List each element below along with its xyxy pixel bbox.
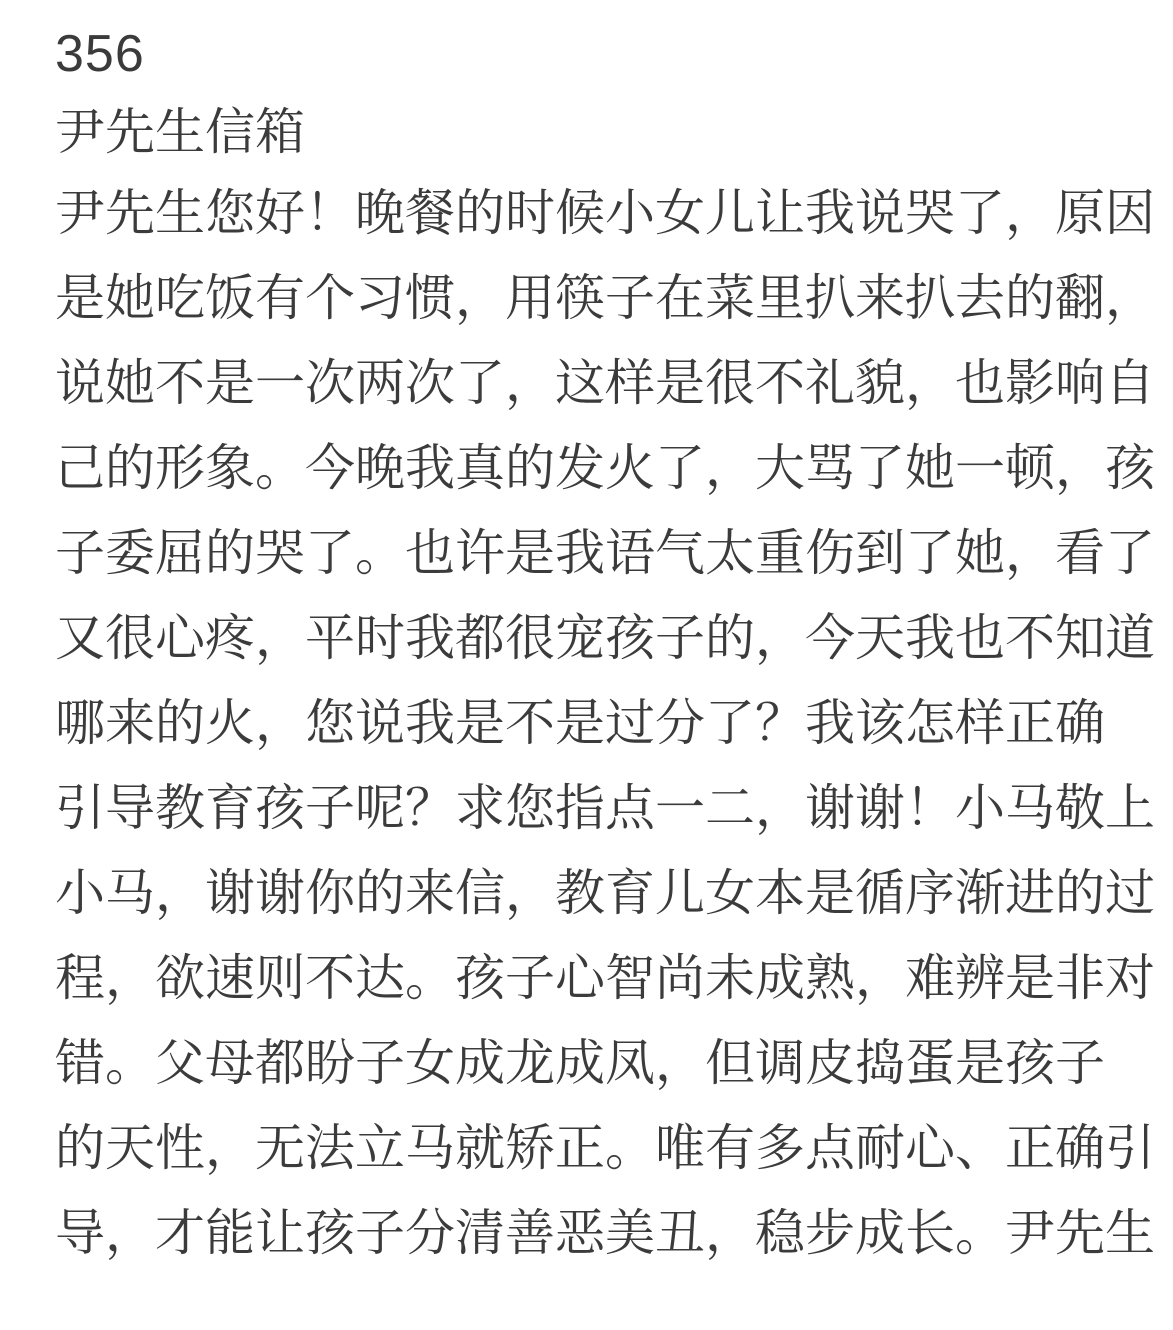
- text-line: 导，才能让孩子分清善恶美丑，稳步成长。尹先生: [55, 1191, 1165, 1276]
- text-line: 程，欲速则不达。孩子心智尚未成熟，难辨是非对: [55, 936, 1165, 1021]
- text-line: 子委屈的哭了。也许是我语气太重伤到了她，看了: [55, 511, 1165, 596]
- text-line: 又很心疼，平时我都很宠孩子的，今天我也不知道: [55, 596, 1165, 681]
- article-number: 356: [55, 15, 1165, 93]
- text-line: 说她不是一次两次了，这样是很不礼貌，也影响自: [55, 341, 1165, 426]
- text-line: 错。父母都盼子女成龙成凤，但调皮捣蛋是孩子: [55, 1021, 1165, 1106]
- text-line: 小马，谢谢你的来信，教育儿女本是循序渐进的过: [55, 851, 1165, 936]
- text-line: 是她吃饭有个习惯，用筷子在菜里扒来扒去的翻，: [55, 256, 1165, 341]
- text-line: 引导教育孩子呢？求您指点一二，谢谢！小马敬上: [55, 766, 1165, 851]
- article-page: 356 尹先生信箱 尹先生您好！晚餐的时候小女儿让我说哭了，原因 是她吃饭有个习…: [0, 0, 1173, 1330]
- text-line: 己的形象。今晚我真的发火了，大骂了她一顿，孩: [55, 426, 1165, 511]
- text-line: 哪来的火，您说我是不是过分了？我该怎样正确: [55, 681, 1165, 766]
- text-line: 尹先生您好！晚餐的时候小女儿让我说哭了，原因: [55, 171, 1165, 256]
- text-line: 的天性，无法立马就矫正。唯有多点耐心、正确引: [55, 1106, 1165, 1191]
- article-body: 尹先生您好！晚餐的时候小女儿让我说哭了，原因 是她吃饭有个习惯，用筷子在菜里扒来…: [55, 171, 1165, 1276]
- article-title: 尹先生信箱: [55, 93, 1165, 171]
